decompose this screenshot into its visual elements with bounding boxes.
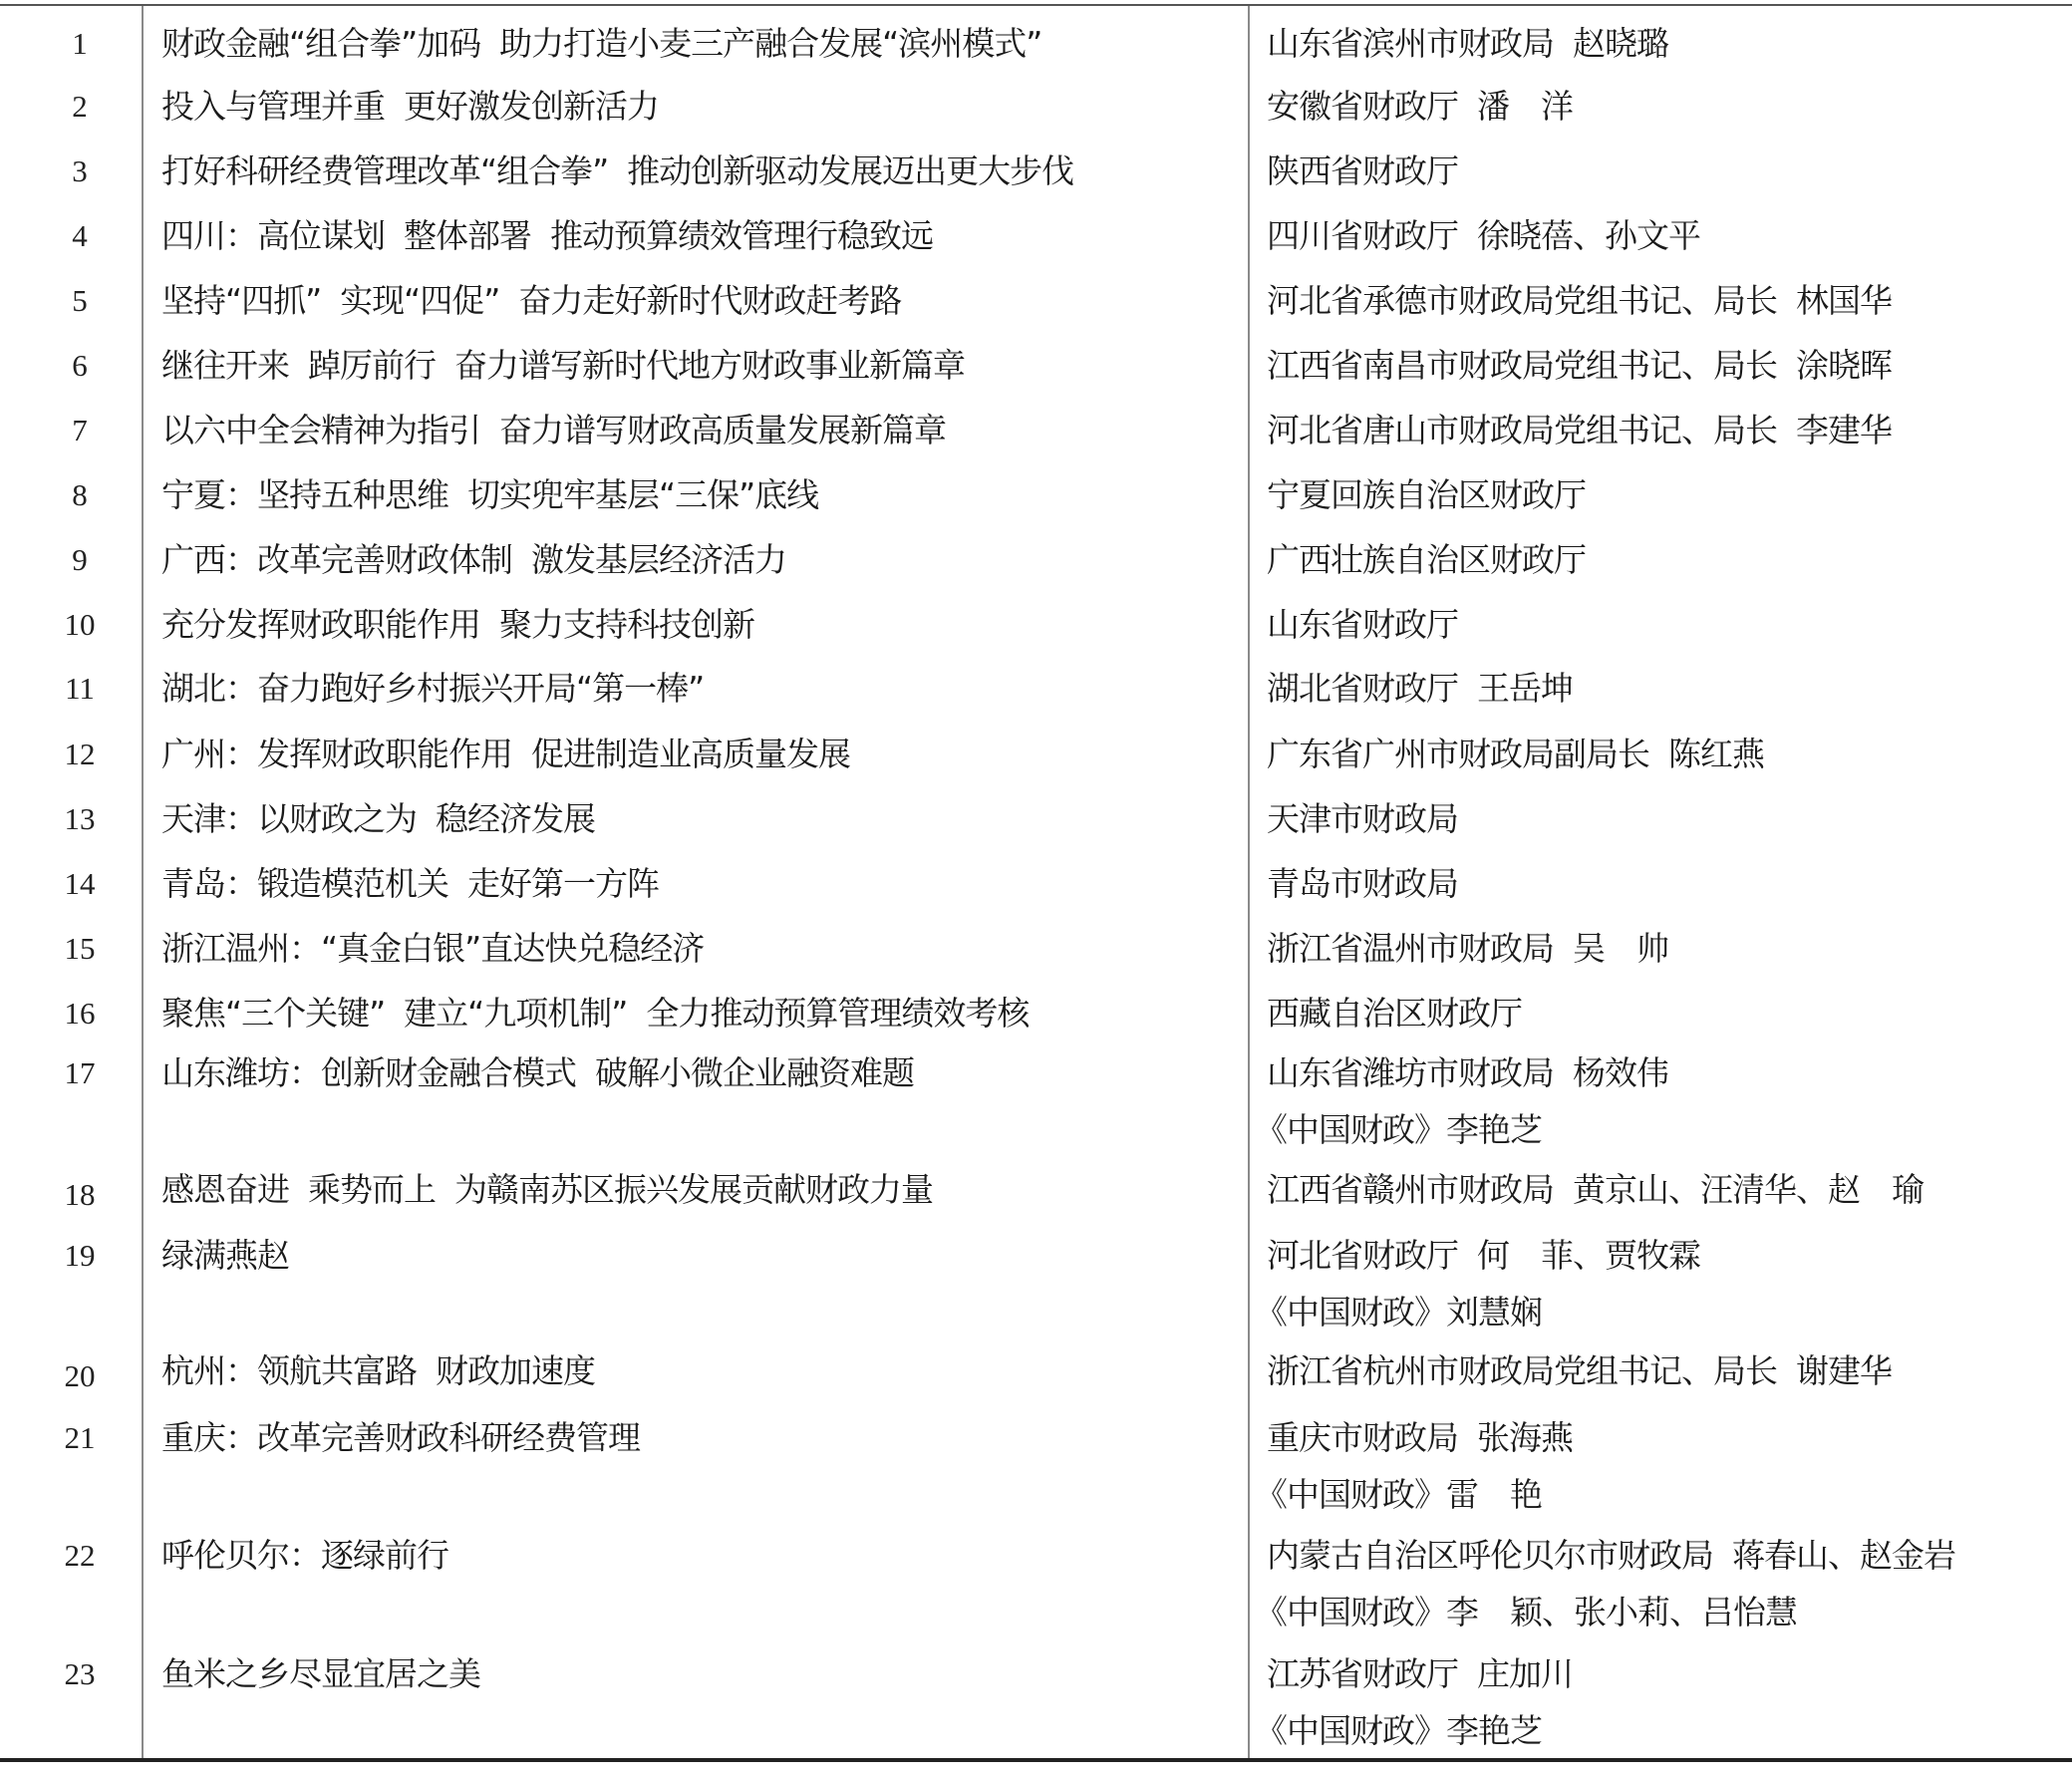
table-bottom-rule [0, 1758, 2072, 1762]
article-author: 《中国财政》李 颖、张小莉、吕怡慧 [1255, 1592, 1797, 1633]
row-number: 9 [40, 540, 120, 580]
article-author: 浙江省温州市财政局 吴 帅 [1267, 928, 1668, 970]
column-divider-number-title [142, 6, 144, 1758]
row-number: 6 [40, 346, 120, 386]
article-author: 江西省南昌市财政局党组书记、局长 涂晓晖 [1267, 345, 1892, 387]
article-title: 山东潍坊：创新财金融合模式 破解小微企业融资难题 [161, 1052, 914, 1094]
article-title: 继往开来 踔厉前行 奋力谱写新时代地方财政事业新篇章 [161, 345, 965, 387]
article-author: 山东省财政厅 [1267, 604, 1458, 646]
row-number: 18 [40, 1175, 120, 1215]
article-title: 坚持“四抓” 实现“四促” 奋力走好新时代财政赶考路 [161, 280, 901, 322]
row-number: 20 [40, 1356, 120, 1396]
article-title: 杭州：领航共富路 财政加速度 [161, 1350, 595, 1392]
article-author: 广东省广州市财政局副局长 陈红燕 [1267, 734, 1764, 775]
row-number: 5 [40, 281, 120, 321]
article-author: 河北省财政厅 何 菲、贾牧霖 [1267, 1235, 1700, 1277]
article-title: 打好科研经费管理改革“组合拳” 推动创新驱动发展迈出更大步伐 [161, 150, 1073, 192]
article-title: 重庆：改革完善财政科研经费管理 [161, 1417, 640, 1459]
row-number: 13 [40, 799, 120, 839]
article-author: 江苏省财政厅 庄加川 [1267, 1653, 1573, 1695]
article-title: 充分发挥财政职能作用 聚力支持科技创新 [161, 604, 754, 646]
article-title: 宁夏：坚持五种思维 切实兜牢基层“三保”底线 [161, 474, 818, 516]
row-number: 1 [40, 24, 120, 64]
article-title: 天津：以财政之为 稳经济发展 [161, 798, 595, 840]
article-title: 浙江温州：“真金白银”直达快兑稳经济 [161, 928, 704, 970]
article-author: 四川省财政厅 徐晓蓓、孙文平 [1267, 215, 1700, 257]
article-title: 广州：发挥财政职能作用 促进制造业高质量发展 [161, 734, 850, 775]
article-title: 鱼米之乡尽显宜居之美 [161, 1653, 480, 1695]
article-author: 重庆市财政局 张海燕 [1267, 1417, 1573, 1459]
article-author: 陕西省财政厅 [1267, 150, 1458, 192]
article-title: 投入与管理并重 更好激发创新活力 [161, 86, 659, 128]
article-title: 感恩奋进 乘势而上 为赣南苏区振兴发展贡献财政力量 [161, 1169, 933, 1211]
article-author: 山东省滨州市财政局 赵晓璐 [1267, 23, 1668, 65]
article-author: 江西省赣州市财政局 黄京山、汪清华、赵 瑜 [1267, 1169, 1924, 1211]
row-number: 16 [40, 994, 120, 1034]
row-number: 23 [40, 1654, 120, 1694]
row-number: 11 [40, 669, 120, 709]
article-title: 青岛：锻造模范机关 走好第一方阵 [161, 863, 659, 905]
row-number: 10 [40, 605, 120, 645]
row-number: 2 [40, 87, 120, 127]
article-author: 宁夏回族自治区财政厅 [1267, 474, 1586, 516]
article-author: 河北省唐山市财政局党组书记、局长 李建华 [1267, 410, 1892, 451]
row-number: 19 [40, 1236, 120, 1276]
row-number: 14 [40, 864, 120, 904]
table-top-rule [0, 4, 2072, 6]
article-author: 西藏自治区财政厅 [1267, 993, 1522, 1035]
row-number: 12 [40, 735, 120, 774]
article-title: 广西：改革完善财政体制 激发基层经济活力 [161, 539, 786, 581]
row-number: 22 [40, 1536, 120, 1576]
row-number: 4 [40, 216, 120, 256]
row-number: 7 [40, 411, 120, 450]
article-title: 财政金融“组合拳”加码 助力打造小麦三产融合发展“滨州模式” [161, 23, 1041, 65]
article-author: 广西壮族自治区财政厅 [1267, 539, 1586, 581]
article-author: 《中国财政》李艳芝 [1255, 1109, 1542, 1151]
article-title: 以六中全会精神为指引 奋力谱写财政高质量发展新篇章 [161, 410, 946, 451]
article-title: 呼伦贝尔：逐绿前行 [161, 1535, 448, 1577]
article-author: 浙江省杭州市财政局党组书记、局长 谢建华 [1267, 1350, 1892, 1392]
article-author: 《中国财政》李艳芝 [1255, 1710, 1542, 1752]
row-number: 17 [40, 1053, 120, 1093]
row-number: 8 [40, 475, 120, 515]
article-author: 天津市财政局 [1267, 798, 1458, 840]
article-author: 安徽省财政厅 潘 洋 [1267, 86, 1573, 128]
article-title: 聚焦“三个关键” 建立“九项机制” 全力推动预算管理绩效考核 [161, 993, 1029, 1035]
article-title: 湖北：奋力跑好乡村振兴开局“第一棒” [161, 668, 704, 710]
row-number: 15 [40, 929, 120, 969]
article-author: 青岛市财政局 [1267, 863, 1458, 905]
article-author: 《中国财政》刘慧娴 [1255, 1292, 1542, 1334]
article-author: 河北省承德市财政局党组书记、局长 林国华 [1267, 280, 1892, 322]
column-divider-title-author [1248, 6, 1250, 1758]
row-number: 21 [40, 1418, 120, 1458]
article-title: 四川：高位谋划 整体部署 推动预算绩效管理行稳致远 [161, 215, 933, 257]
article-title: 绿满燕赵 [161, 1235, 289, 1277]
article-author: 内蒙古自治区呼伦贝尔市财政局 蒋春山、赵金岩 [1267, 1535, 1955, 1577]
row-number: 3 [40, 151, 120, 191]
article-author: 湖北省财政厅 王岳坤 [1267, 668, 1573, 710]
article-author: 山东省潍坊市财政局 杨效伟 [1267, 1052, 1668, 1094]
article-author: 《中国财政》雷 艳 [1255, 1474, 1542, 1516]
